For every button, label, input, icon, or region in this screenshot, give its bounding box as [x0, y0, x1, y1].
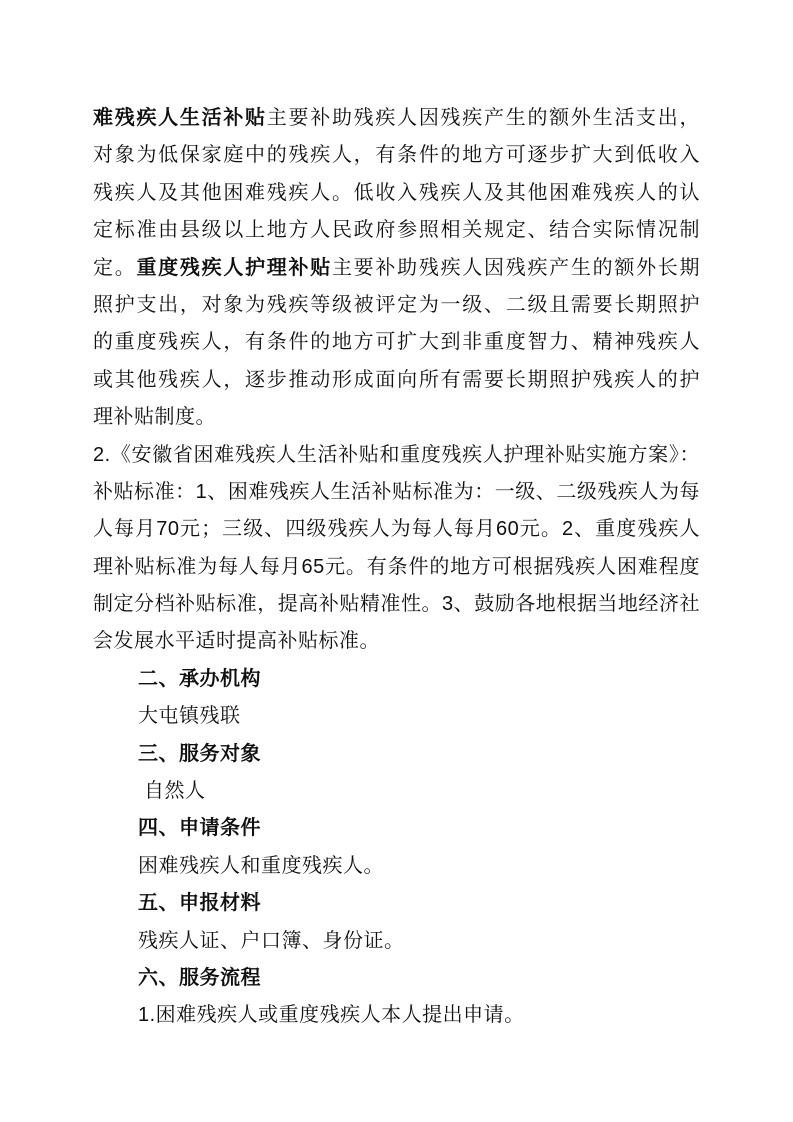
- text-segment: 自然人: [144, 780, 206, 802]
- text-segment: 人每月70元；三级、四级残疾人为每人每月60元。2、重度残疾人护: [93, 518, 700, 548]
- text-segment: 主要补助残疾人因残疾产生的额外长期: [332, 257, 700, 279]
- text-segment: 的重度残疾人，有条件的地方可扩大到非重度智力、精神残疾人: [93, 331, 700, 353]
- text-segment: 难残疾人生活补贴: [93, 107, 267, 129]
- text-segment: 2.《安徽省困难残疾人生活补贴和重度残疾人护理补贴实施方案》：: [93, 444, 700, 466]
- text-segment: 残疾人及其他困难残疾人。低收入残疾人及其他困难残疾人的认: [93, 182, 700, 204]
- document-content: 难残疾人生活补贴主要补助残疾人因残疾产生的额外生活支出，对象为低保家庭中的残疾人…: [0, 0, 793, 1035]
- section-text: 1.困难残疾人或重度残疾人本人提出申请。: [93, 997, 700, 1034]
- section-heading: 五、申报材料: [93, 885, 700, 922]
- document-page: 难残疾人生活补贴主要补助残疾人因残疾产生的额外生活支出，对象为低保家庭中的残疾人…: [0, 0, 793, 1122]
- text-segment: 会发展水平适时提高补贴标准。: [93, 630, 380, 652]
- text-segment: 定标准由县级以上地方人民政府参照相关规定、结合实际情况制: [93, 219, 700, 241]
- section-text: 大屯镇残联: [93, 698, 700, 735]
- paragraph-line: 的重度残疾人，有条件的地方可扩大到非重度智力、精神残疾人: [93, 324, 700, 361]
- text-segment: 或其他残疾人，逐步推动形成面向所有需要长期照护残疾人的护: [93, 369, 700, 391]
- paragraph-line: 难残疾人生活补贴主要补助残疾人因残疾产生的额外生活支出，: [93, 100, 700, 137]
- paragraph-line: 定标准由县级以上地方人民政府参照相关规定、结合实际情况制: [93, 212, 700, 249]
- text-segment: 六、服务流程: [138, 967, 261, 989]
- paragraph-line: 照护支出，对象为残疾等级被评定为一级、二级且需要长期照护: [93, 287, 700, 324]
- text-segment: 五、申报材料: [138, 892, 261, 914]
- section-heading: 四、申请条件: [93, 810, 700, 847]
- paragraph-line: 对象为低保家庭中的残疾人，有条件的地方可逐步扩大到低收入: [93, 137, 700, 174]
- text-segment: 理补贴标准为每人每月65元。有条件的地方可根据残疾人困难程度: [93, 556, 700, 578]
- text-segment: 定。: [93, 257, 136, 279]
- text-segment: 困难残疾人和重度残疾人。: [138, 855, 384, 877]
- text-segment: 补贴标准：1、困难残疾人生活补贴标准为：一级、二级残疾人为每: [93, 481, 700, 503]
- text-segment: 大屯镇残联: [138, 705, 241, 727]
- text-segment: 理补贴制度。: [93, 406, 216, 428]
- paragraph-line: 或其他残疾人，逐步推动形成面向所有需要长期照护残疾人的护: [93, 362, 700, 399]
- paragraph-line: 理补贴制度。: [93, 399, 700, 436]
- section-heading: 二、承办机构: [93, 661, 700, 698]
- text-segment: 1.困难残疾人或重度残疾人本人提出申请。: [138, 1004, 525, 1026]
- text-segment: 重度残疾人护理补贴: [136, 257, 332, 279]
- section-heading: 三、服务对象: [93, 736, 700, 773]
- paragraph-line: 补贴标准：1、困难残疾人生活补贴标准为：一级、二级残疾人为每: [93, 474, 700, 511]
- text-segment: 主要补助残疾人因残疾产生的额外生活支出，: [267, 107, 700, 129]
- paragraph-line: 定。重度残疾人护理补贴主要补助残疾人因残疾产生的额外长期: [93, 250, 700, 287]
- section-text: 自然人: [93, 773, 700, 810]
- section-text: 困难残疾人和重度残疾人。: [93, 848, 700, 885]
- text-segment: 残疾人证、户口簿、身份证。: [138, 930, 405, 952]
- text-segment: 三、服务对象: [138, 743, 261, 765]
- paragraph-line: 2.《安徽省困难残疾人生活补贴和重度残疾人护理补贴实施方案》：: [93, 437, 700, 474]
- section-heading: 六、服务流程: [93, 960, 700, 997]
- section-text: 残疾人证、户口簿、身份证。: [93, 923, 700, 960]
- paragraph-line: 人每月70元；三级、四级残疾人为每人每月60元。2、重度残疾人护: [93, 511, 700, 548]
- paragraph-line: 会发展水平适时提高补贴标准。: [93, 623, 700, 660]
- text-segment: 四、申请条件: [138, 817, 261, 839]
- paragraph-line: 残疾人及其他困难残疾人。低收入残疾人及其他困难残疾人的认: [93, 175, 700, 212]
- text-segment: 二、承办机构: [138, 668, 261, 690]
- text-segment: 对象为低保家庭中的残疾人，有条件的地方可逐步扩大到低收入: [93, 144, 700, 166]
- paragraph-line: 制定分档补贴标准，提高补贴精准性。3、鼓励各地根据当地经济社: [93, 586, 700, 623]
- text-segment: 照护支出，对象为残疾等级被评定为一级、二级且需要长期照护: [93, 294, 700, 316]
- text-segment: 制定分档补贴标准，提高补贴精准性。3、鼓励各地根据当地经济社: [93, 593, 700, 615]
- paragraph-line: 理补贴标准为每人每月65元。有条件的地方可根据残疾人困难程度: [93, 549, 700, 586]
